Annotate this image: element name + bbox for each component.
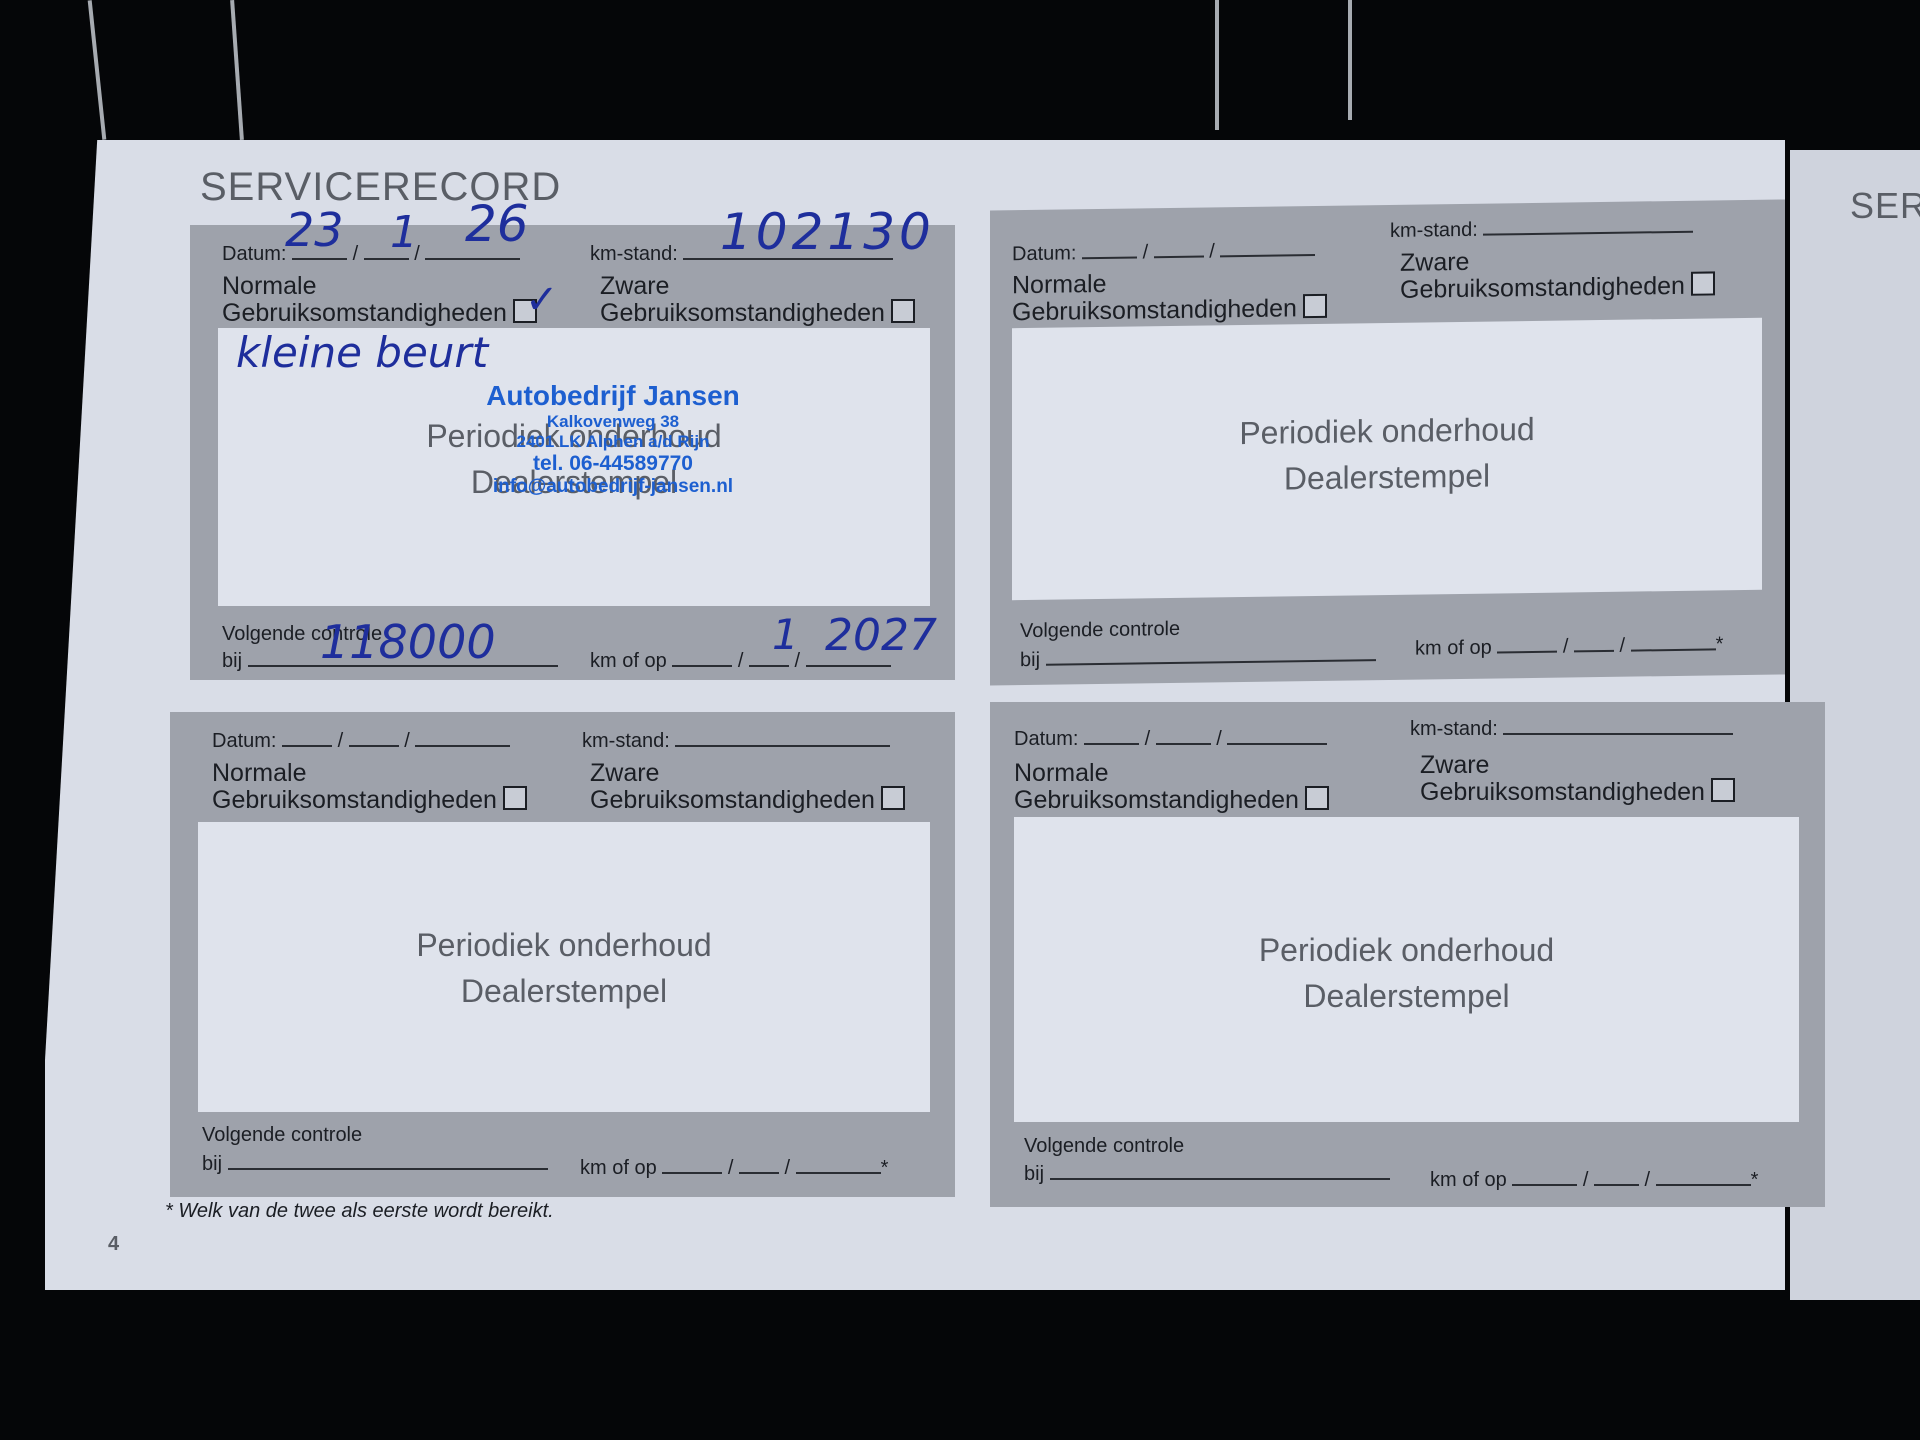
volgende-km-field[interactable]: bij [202, 1152, 548, 1176]
zware-checkbox[interactable] [891, 299, 915, 323]
background-strip [1348, 0, 1352, 120]
handwritten-next-km: 118000 [320, 615, 496, 669]
handwritten-next-year: 2027 [825, 610, 937, 661]
handwritten-km-stand: 102130 [720, 203, 935, 261]
stamp-placeholder: Periodiek onderhoudDealerstempel [1014, 927, 1799, 1019]
normale-checkbox[interactable] [1305, 786, 1329, 810]
zware-checkbox[interactable] [1711, 778, 1735, 802]
datum-label: Datum: [222, 243, 286, 265]
stamp-area: Periodiek onderhoudDealerstempel [198, 822, 930, 1112]
normale-option[interactable]: Normale Gebruiksomstandigheden [1014, 760, 1329, 813]
zware-checkbox[interactable] [1691, 271, 1715, 295]
handwritten-next-month: 1 [772, 610, 799, 659]
datum-field[interactable]: Datum: / / [212, 729, 510, 753]
handwritten-note: kleine beurt [236, 328, 488, 377]
zware-option[interactable]: Zware Gebruiksomstandigheden [600, 273, 915, 326]
handwritten-check: ✓ [525, 277, 559, 323]
service-record-4: Datum: / / km-stand: Normale Gebruiksoms… [990, 702, 1825, 1207]
page-number: 4 [108, 1233, 119, 1256]
stamp-area: Periodiek onderhoudDealerstempel Autobed… [218, 328, 930, 606]
volgende-km-field[interactable]: bij [1020, 643, 1376, 672]
volgende-date-field[interactable]: km of op / / * [580, 1156, 888, 1180]
service-record-1: Datum: / / km-stand: Normale Gebruiksoms… [190, 225, 955, 680]
stamp-placeholder: Periodiek onderhoudDealerstempel [198, 922, 930, 1014]
km-stand-field[interactable]: km-stand: [1390, 215, 1693, 243]
footnote: * Welk van de twee als eerste wordt bere… [165, 1200, 554, 1223]
normale-option[interactable]: Normale Gebruiksomstandigheden [222, 273, 537, 326]
stamp-area: Periodiek onderhoudDealerstempel [1014, 817, 1799, 1122]
background-strip [230, 0, 244, 140]
zware-option[interactable]: Zware Gebruiksomstandigheden [1400, 245, 1715, 302]
km-stand-field[interactable]: km-stand: [1410, 717, 1733, 741]
zware-option[interactable]: Zware Gebruiksomstandigheden [590, 760, 905, 813]
volgende-date-field[interactable]: km of op / / * [1415, 632, 1723, 660]
km-stand-label: km-stand: [590, 243, 678, 265]
page-title-partial: SER [1850, 185, 1920, 227]
volgende-km-field[interactable]: bij [1024, 1162, 1390, 1186]
normale-option[interactable]: Normale Gebruiksomstandigheden [212, 760, 527, 813]
normale-checkbox[interactable] [503, 786, 527, 810]
handwritten-date-day: 23 [285, 203, 344, 257]
datum-field[interactable]: Datum: / / [1014, 727, 1327, 751]
service-record-3: Datum: / / km-stand: Normale Gebruiksoms… [170, 712, 955, 1197]
background-strip [88, 0, 107, 140]
stamp-area: Periodiek onderhoudDealerstempel [1012, 318, 1762, 600]
handwritten-date-year: 26 [465, 195, 529, 253]
zware-checkbox[interactable] [881, 786, 905, 810]
stamp-placeholder: Periodiek onderhoudDealerstempel [1012, 403, 1762, 505]
normale-option[interactable]: Normale Gebruiksomstandigheden [1012, 268, 1327, 325]
datum-field[interactable]: Datum: / / [1012, 238, 1315, 266]
handwritten-date-month: 1 [390, 207, 418, 258]
normale-checkbox[interactable] [1303, 294, 1327, 318]
km-stand-field[interactable]: km-stand: [582, 729, 890, 753]
service-record-2: Datum: / / km-stand: Normale Gebruiksoms… [990, 199, 1785, 685]
dealer-stamp: Autobedrijf Jansen Kalkovenweg 38 2401 L… [468, 380, 758, 498]
background-strip [1215, 0, 1219, 130]
volgende-date-field[interactable]: km of op / / * [1430, 1168, 1758, 1192]
zware-option[interactable]: Zware Gebruiksomstandigheden [1420, 752, 1735, 805]
